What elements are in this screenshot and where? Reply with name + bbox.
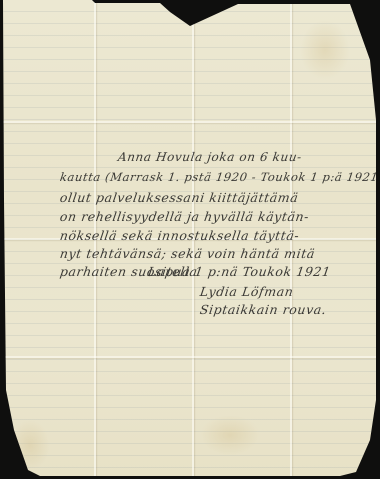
letter-line: Anna Hovula joka on 6 kuu- [117,150,303,164]
signature: Lydia Löfman [199,284,295,299]
letter-line: kautta (Marrask 1. pstä 1920 - Toukok 1 … [59,170,380,184]
letter-line: ollut palveluksessani kiittäjättämä [59,190,300,205]
place-date: Lapua 1 p:nä Toukok 1921 [147,264,332,279]
letter-line: nöksellä sekä innostuksella täyttä- [59,228,300,243]
signature-title: Siptaikkain rouva. [199,302,328,317]
paper-stain [10,420,50,470]
letter-line: on rehellisyydellä ja hyvällä käytän- [59,209,310,224]
paper-stain [300,20,350,80]
fold-line [0,356,380,358]
letter-line: nyt tehtävänsä; sekä voin häntä mitä [59,246,316,261]
paper-stain [200,415,260,455]
fold-line [0,121,380,123]
letter-paper: Anna Hovula joka on 6 kuu- kautta (Marra… [0,0,380,479]
